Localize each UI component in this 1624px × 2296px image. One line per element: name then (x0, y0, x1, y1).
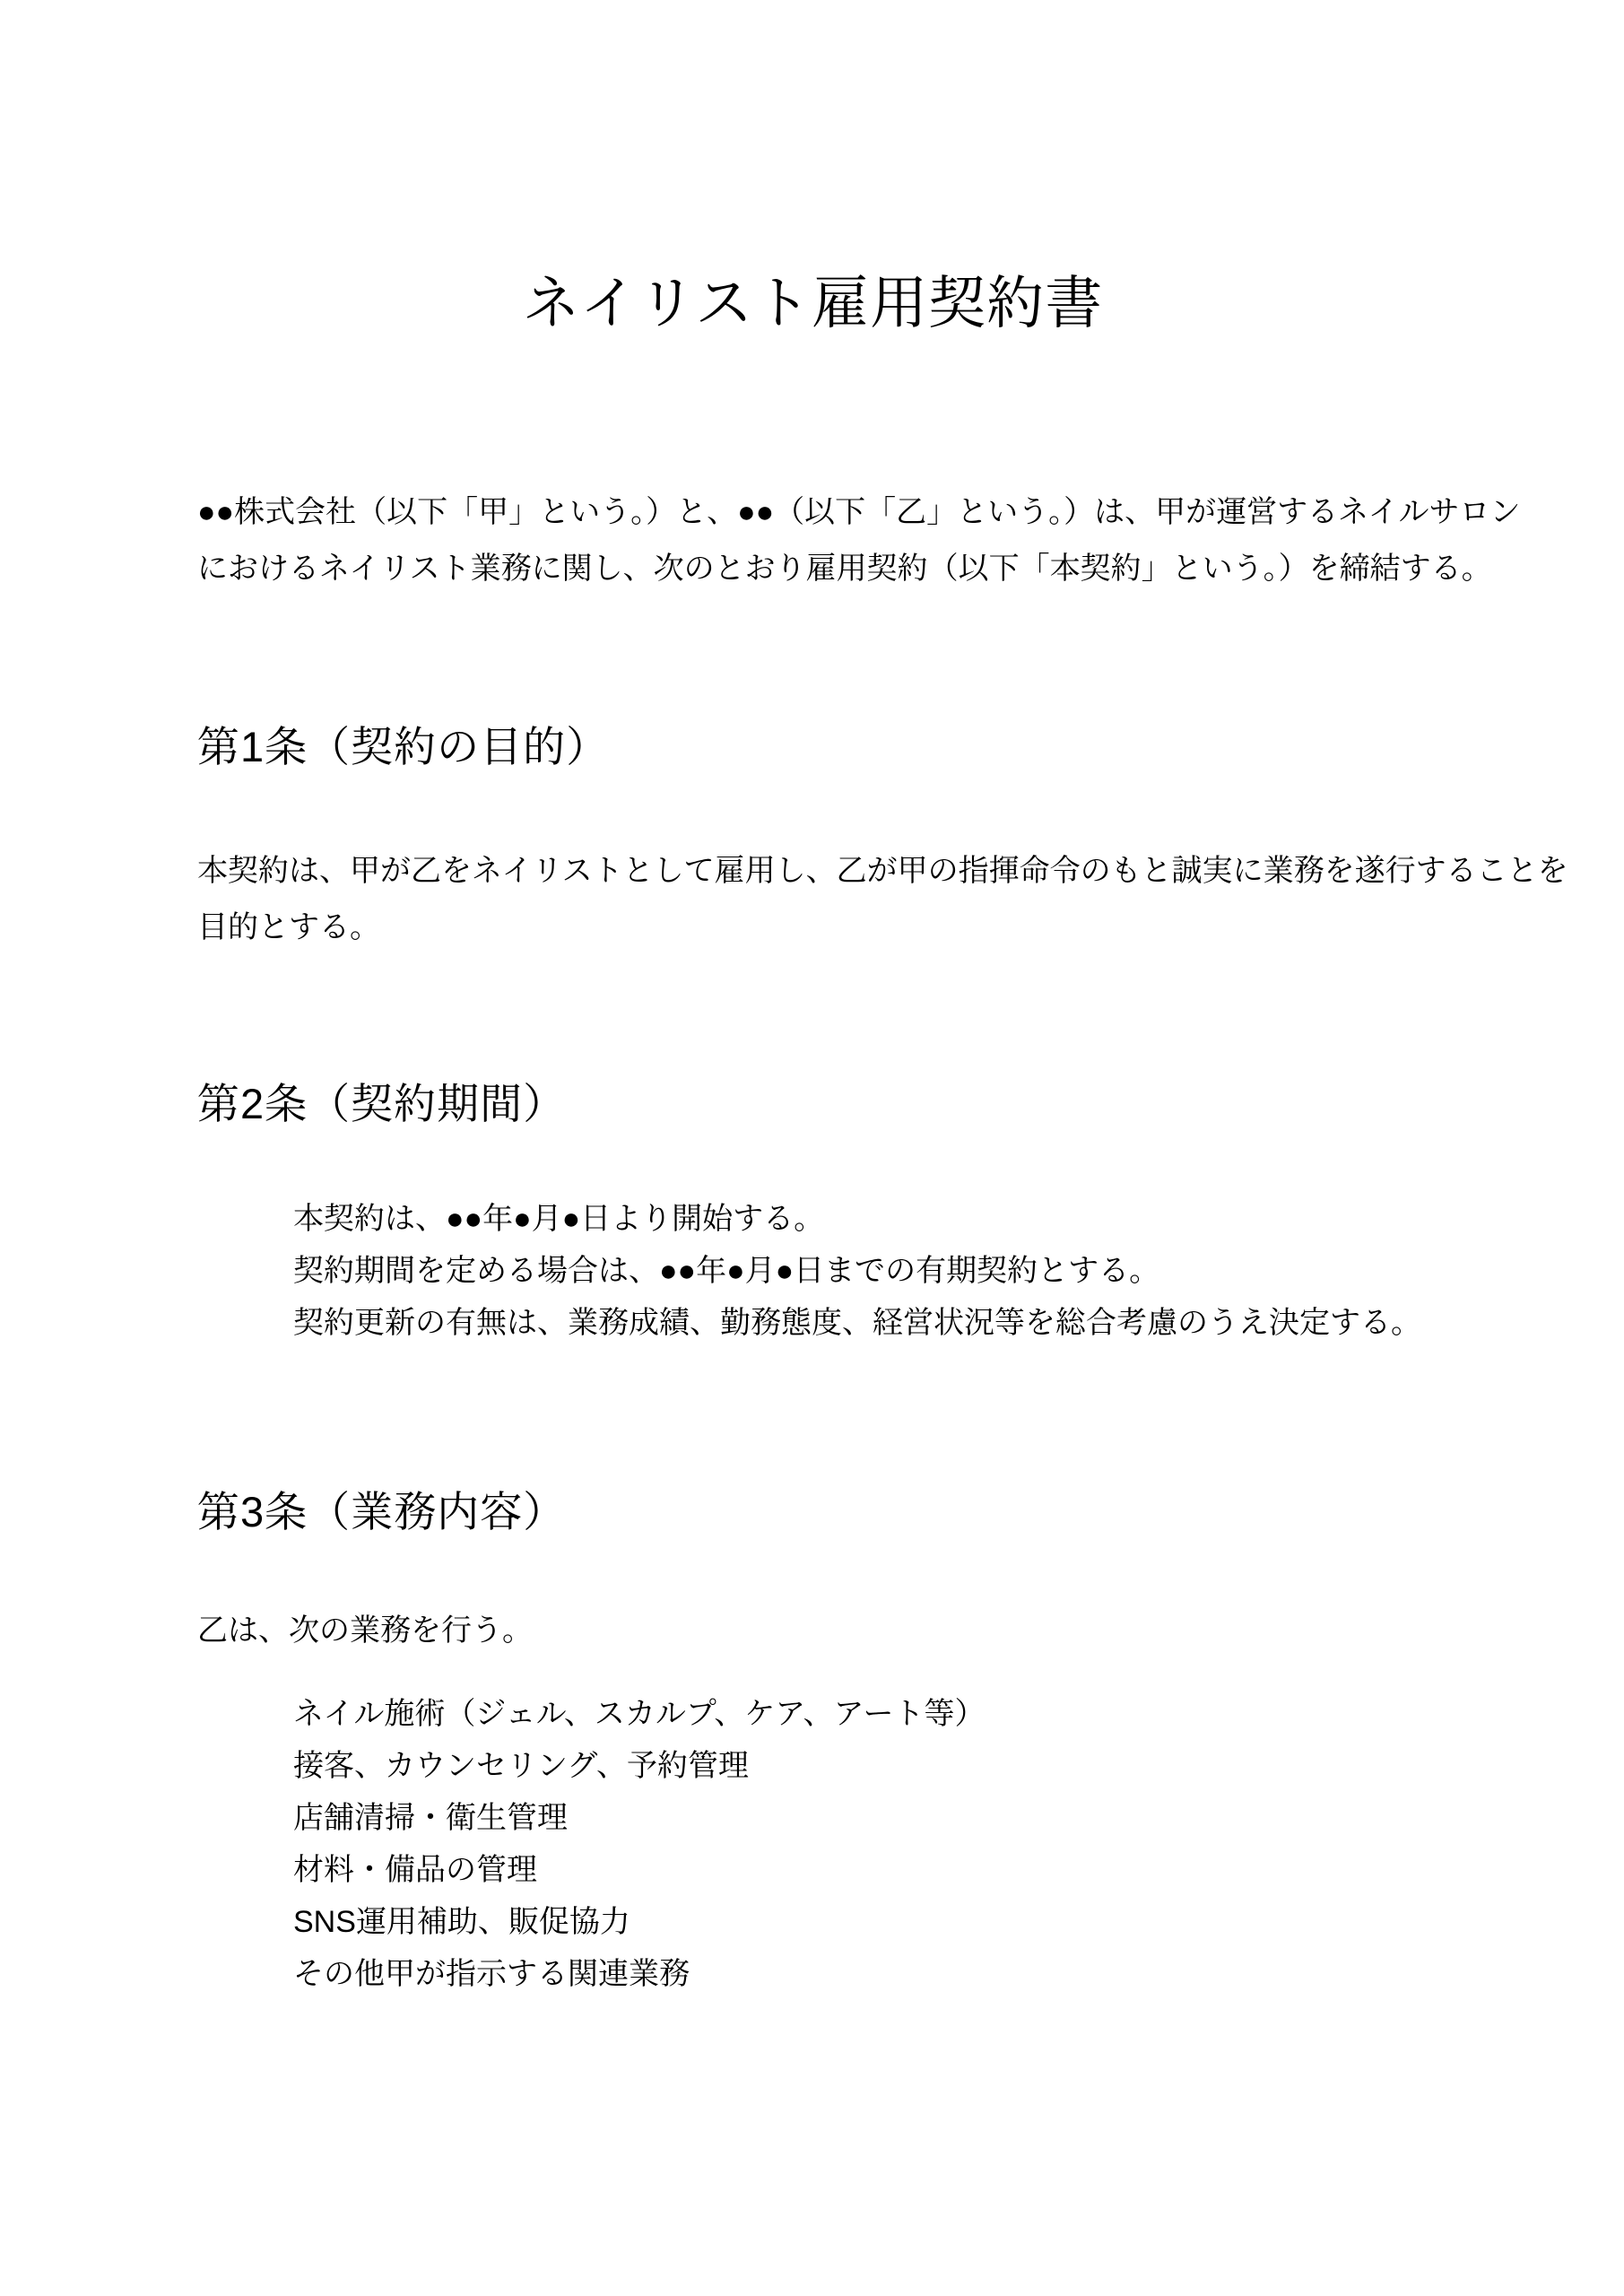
clause-item: 店舗清掃・衛生管理 (293, 1792, 1429, 1844)
document-title: ネイリスト雇用契約書 (197, 269, 1429, 338)
article-1-heading: 第1条（契約の目的） (197, 722, 1429, 772)
contract-document-page: ネイリスト雇用契約書 ●●株式会社（以下「甲」という。）と、●●（以下「乙」とい… (0, 0, 1624, 2296)
intro-line-1: ●●株式会社（以下「甲」という。）と、●●（以下「乙」という。）は、甲が運営する… (197, 484, 1429, 541)
clause-item: ネイル施術（ジェル、スカルプ、ケア、アート等） (293, 1688, 1429, 1740)
clause-item: 材料・備品の管理 (293, 1844, 1429, 1896)
article-2-clause-list: 本契約は、●●年●月●日より開始する。 契約期間を定める場合は、●●年●月●日ま… (197, 1193, 1429, 1349)
article-2-section: 第2条（契約期間） 本契約は、●●年●月●日より開始する。 契約期間を定める場合… (197, 1079, 1429, 1349)
clause-item: 本契約は、●●年●月●日より開始する。 (293, 1193, 1429, 1245)
clause-item: 契約更新の有無は、業務成績、勤務態度、経営状況等を総合考慮のうえ決定する。 (293, 1297, 1429, 1349)
clause-item: 契約期間を定める場合は、●●年●月●日までの有期契約とする。 (293, 1245, 1429, 1297)
article-1-section: 第1条（契約の目的） 本契約は、甲が乙をネイリストとして雇用し、乙が甲の指揮命令… (197, 722, 1429, 956)
article-3-lead-line: 乙は、次の業務を行う。 (197, 1603, 1429, 1659)
article-1-body-line-2: 目的とする。 (197, 900, 1429, 956)
article-3-section: 第3条（業務内容） 乙は、次の業務を行う。 ネイル施術（ジェル、スカルプ、ケア、… (197, 1487, 1429, 2000)
intro-line-2: におけるネイリスト業務に関し、次のとおり雇用契約（以下「本契約」という。）を締結… (197, 541, 1429, 597)
article-3-lead-paragraph: 乙は、次の業務を行う。 (197, 1603, 1429, 1659)
intro-paragraph: ●●株式会社（以下「甲」という。）と、●●（以下「乙」という。）は、甲が運営する… (197, 484, 1429, 597)
article-1-body-line-1: 本契約は、甲が乙をネイリストとして雇用し、乙が甲の指揮命令のもと誠実に業務を遂行… (197, 843, 1429, 900)
clause-item: SNS運用補助、販促協力 (293, 1896, 1429, 1948)
article-3-heading: 第3条（業務内容） (197, 1487, 1429, 1537)
article-3-clause-list: ネイル施術（ジェル、スカルプ、ケア、アート等） 接客、カウンセリング、予約管理 … (197, 1688, 1429, 2000)
article-1-paragraph: 本契約は、甲が乙をネイリストとして雇用し、乙が甲の指揮命令のもと誠実に業務を遂行… (197, 843, 1429, 956)
article-2-heading: 第2条（契約期間） (197, 1079, 1429, 1129)
clause-item: その他甲が指示する関連業務 (293, 1948, 1429, 2000)
clause-item: 接客、カウンセリング、予約管理 (293, 1740, 1429, 1792)
